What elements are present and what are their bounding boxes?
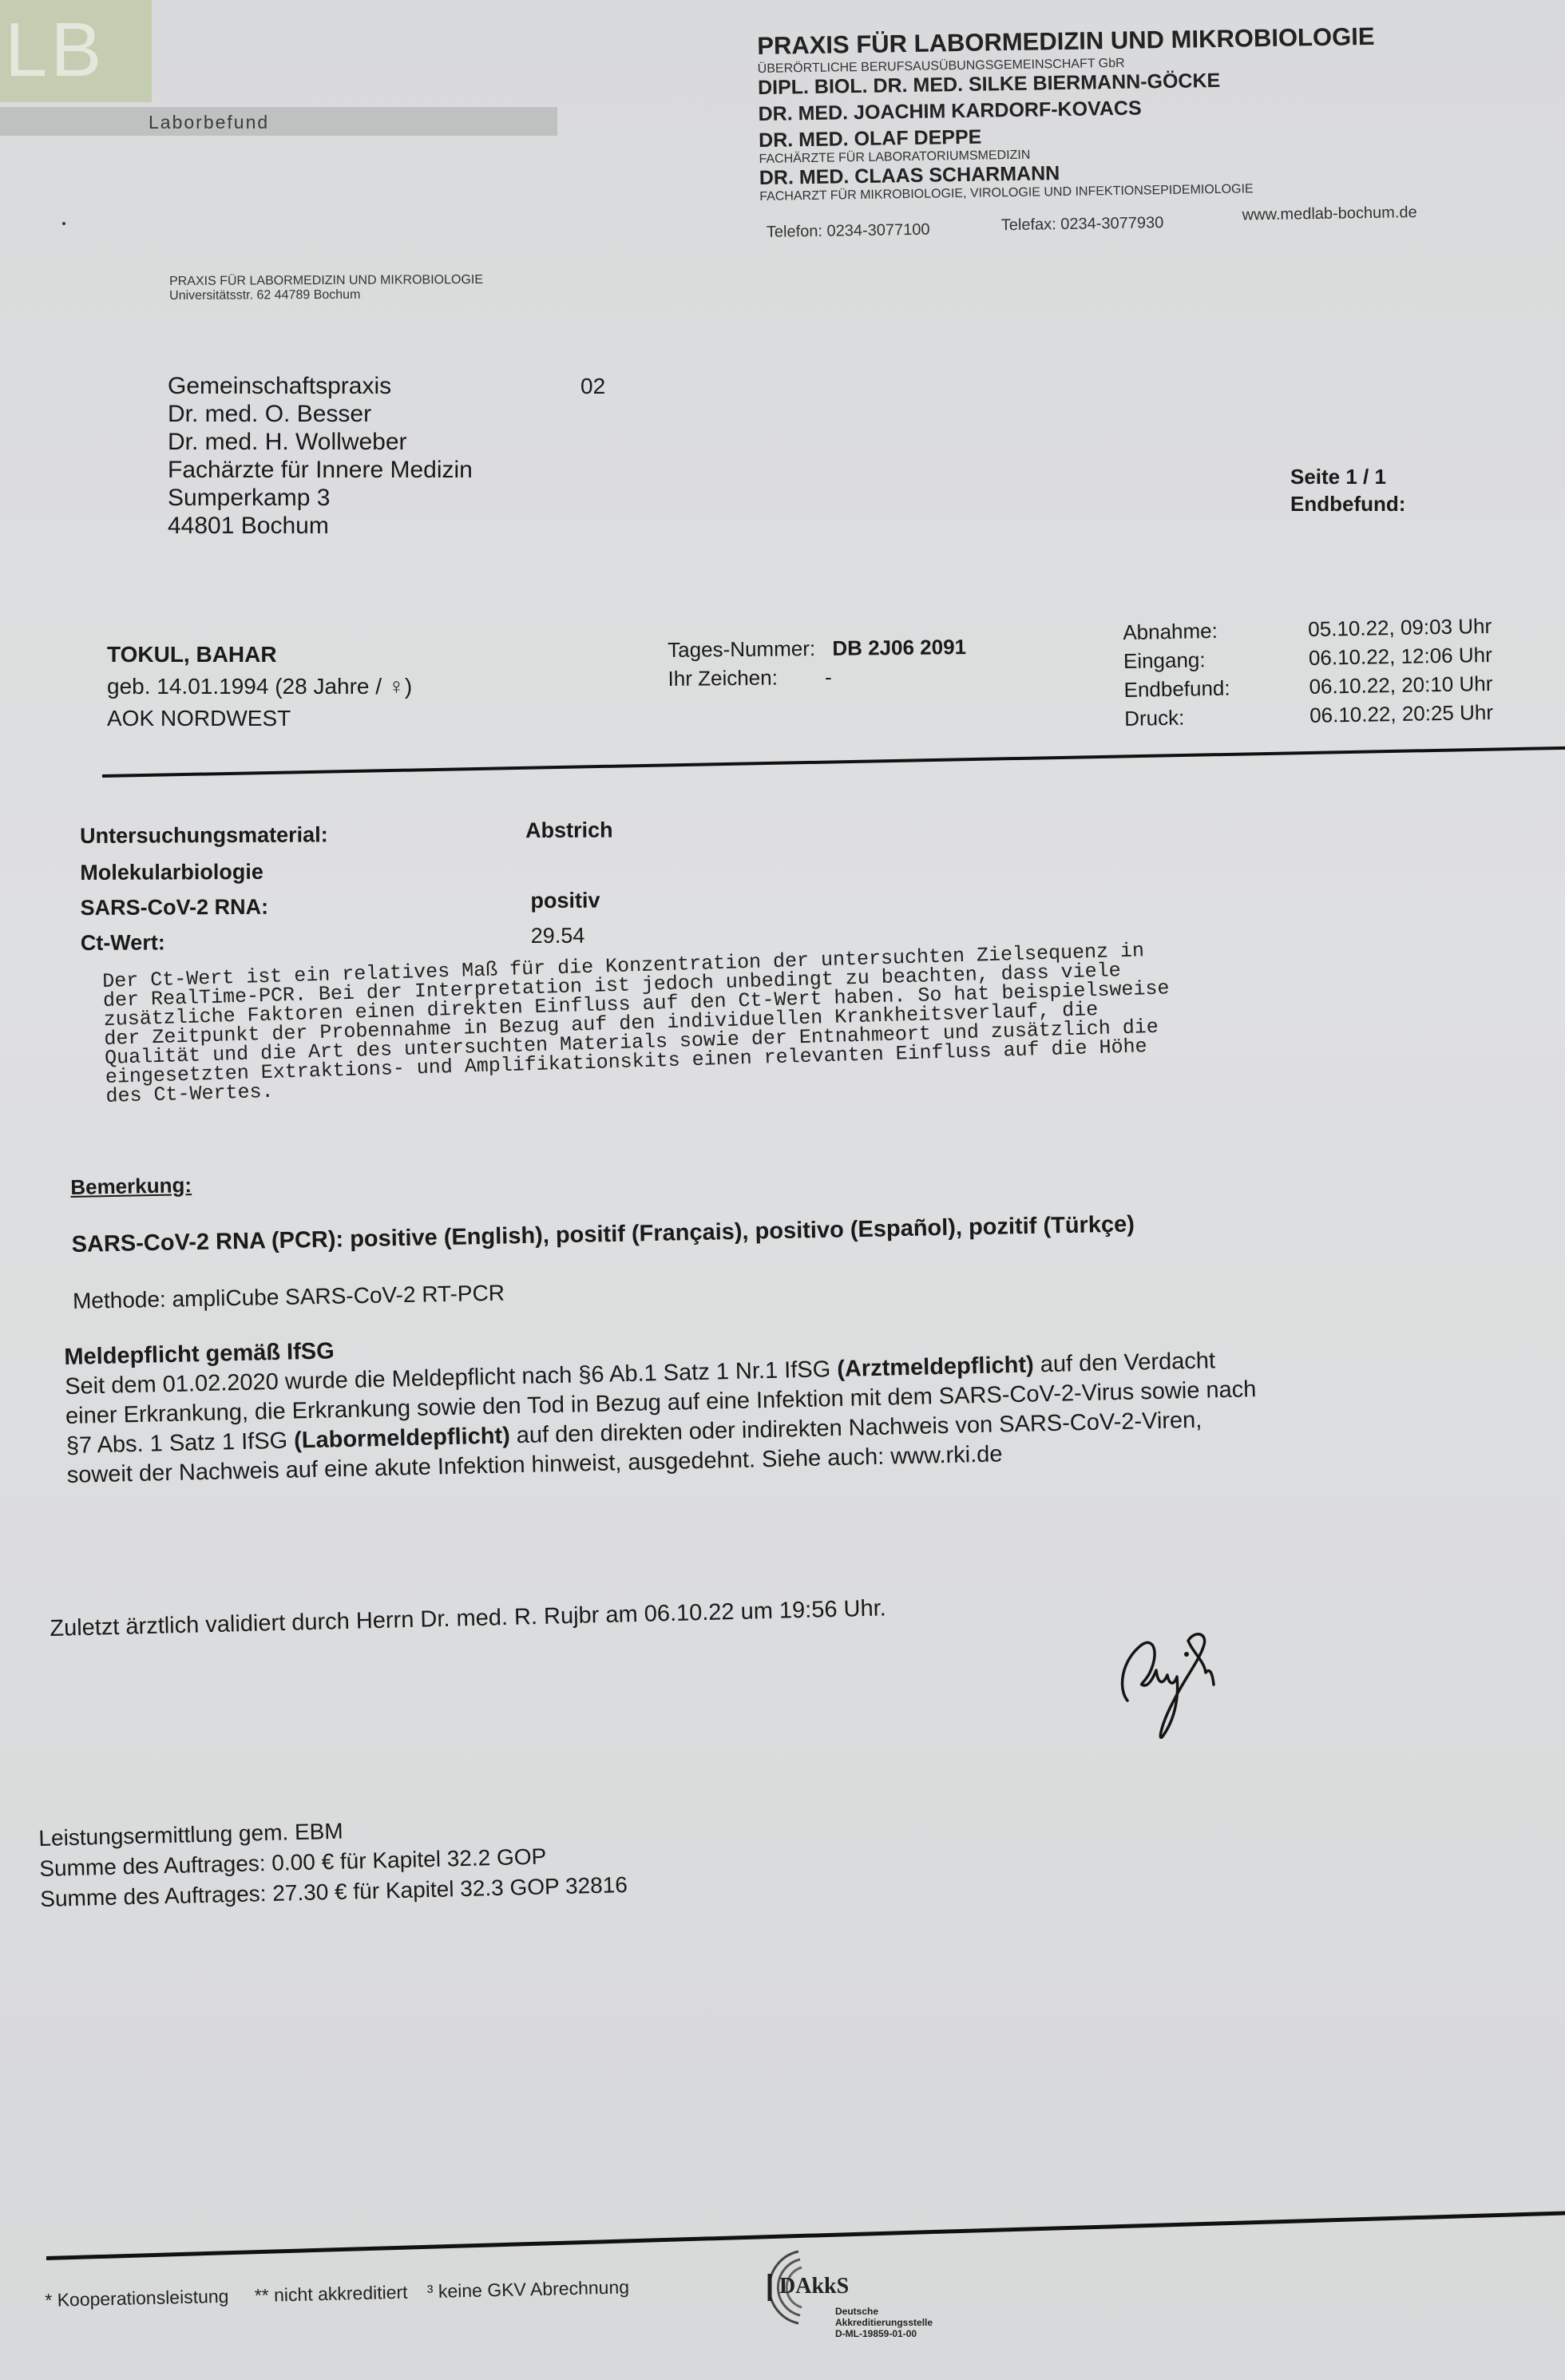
patient-insurance: AOK NORDWEST (107, 703, 412, 735)
reporting-obligation: Meldepflicht gemäß IfSG Seit dem 01.02.2… (64, 1316, 1258, 1491)
dakks-line: Deutsche (835, 2306, 933, 2317)
reference-label: Ihr Zeichen: (668, 666, 778, 691)
sender-block: PRAXIS FÜR LABORMEDIZIN UND MIKROBIOLOGI… (169, 273, 483, 303)
ct-label: Ct-Wert: (81, 930, 165, 956)
reporting-text: auf den Verdacht (1033, 1348, 1215, 1377)
timestamp-value: 06.10.22, 20:25 Uhr (1309, 700, 1493, 727)
website-link[interactable]: www.medlab-bochum.de (1242, 204, 1417, 224)
day-number: DB 2J06 2091 (832, 635, 966, 660)
patient-name: TOKUL, BAHAR (107, 639, 412, 671)
letterhead: PRAXIS FÜR LABORMEDIZIN UND MIKROBIOLOGI… (757, 22, 1377, 244)
document-type-bar (0, 107, 557, 136)
timestamps-block: Abnahme:05.10.22, 09:03 Uhr Eingang:06.1… (1123, 612, 1493, 733)
physician-reporting-term: (Arztmeldepflicht) (837, 1352, 1034, 1382)
stray-mark (62, 222, 65, 225)
remark-heading: Bemerkung: (70, 1154, 1134, 1200)
dakks-logo-text: DAkkS (779, 2274, 849, 2299)
timestamp-label: Abnahme: (1123, 615, 1309, 647)
document-type-label: Laborbefund (149, 112, 269, 133)
reporting-text: §7 Abs. 1 Satz 1 IfSG (66, 1428, 295, 1458)
page-number: Seite 1 / 1 (1290, 463, 1405, 490)
dakks-code: D-ML-19859-01-00 (835, 2328, 933, 2339)
timestamp-label: Endbefund: (1123, 672, 1309, 704)
logo-initials: LB (5, 6, 105, 94)
ct-value: 29.54 (531, 924, 585, 948)
recipient-line: Gemeinschaftspraxis (168, 372, 473, 400)
patient-birthdate: geb. 14.01.1994 (28 Jahre / ♀) (107, 671, 412, 703)
recipient-line: Dr. med. H. Wollweber (168, 428, 473, 456)
day-number-label: Tages-Nummer: (668, 636, 815, 662)
recipient-line: Sumperkamp 3 (168, 484, 473, 512)
report-status: Endbefund: (1290, 490, 1405, 517)
phone-number: Telefon: 0234-3077100 (767, 221, 930, 242)
sender-name: PRAXIS FÜR LABORMEDIZIN UND MIKROBIOLOGI… (169, 273, 483, 289)
recipient-code: 02 (580, 372, 605, 400)
recipient-line: 44801 Bochum (168, 512, 473, 540)
recipient-line: Fachärzte für Innere Medizin (168, 456, 473, 484)
rna-label: SARS-CoV-2 RNA: (80, 895, 268, 921)
remark-block: Bemerkung: SARS-CoV-2 RNA (PCR): positiv… (70, 1154, 1135, 1314)
sender-address: Universitätsstr. 62 44789 Bochum (169, 287, 483, 303)
billing-block: Leistungsermittlung gem. EBM Summe des A… (38, 1809, 628, 1915)
reference-value: - (825, 665, 832, 689)
lab-reporting-term: (Labormeldepflicht) (294, 1423, 510, 1453)
recipient-address: Gemeinschaftspraxis Dr. med. O. Besser D… (168, 372, 473, 540)
timestamp-value: 06.10.22, 12:06 Uhr (1309, 643, 1492, 670)
recipient-line: Dr. med. O. Besser (168, 400, 473, 428)
timestamp-value: 06.10.22, 20:10 Uhr (1309, 671, 1492, 699)
dakks-caption: Deutsche Akkreditierungsstelle D-ML-1985… (835, 2306, 933, 2339)
validation-statement: Zuletzt ärztlich validiert durch Herrn D… (50, 1595, 886, 1642)
dakks-line: Akkreditierungsstelle (835, 2317, 933, 2328)
material-label: Untersuchungsmaterial: (80, 822, 328, 849)
timestamp-value: 05.10.22, 09:03 Uhr (1308, 614, 1492, 641)
patient-block: TOKUL, BAHAR geb. 14.01.1994 (28 Jahre /… (107, 639, 412, 735)
ct-explanation: Der Ct-Wert ist ein relatives Maß für di… (102, 941, 1172, 1107)
signature (1110, 1613, 1230, 1748)
rna-result: positiv (530, 889, 600, 913)
fax-number: Telefax: 0234-3077930 (1001, 214, 1164, 235)
order-block: Tages-Nummer: DB 2J06 2091 Ihr Zeichen: … (668, 632, 967, 693)
test-method: Methode: ampliCube SARS-CoV-2 RT-PCR (73, 1268, 1136, 1314)
results-block: Untersuchungsmaterial: Abstrich Molekula… (80, 824, 81, 963)
header-divider (102, 746, 1565, 778)
legend-cooperation: * Kooperationsleistung (45, 2286, 229, 2311)
remark-translations: SARS-CoV-2 RNA (PCR): positive (English)… (71, 1211, 1135, 1258)
timestamp-label: Druck: (1124, 701, 1310, 733)
material-value: Abstrich (525, 818, 613, 844)
legend-not-accredited: ** nicht akkreditiert (254, 2282, 407, 2306)
timestamp-label: Eingang: (1123, 644, 1309, 675)
legend-no-gkv: ³ keine GKV Abrechnung (427, 2276, 630, 2302)
footer-legend: * Kooperationsleistung ** nicht akkredit… (45, 2276, 629, 2311)
lab-logo: LB (0, 0, 152, 102)
page-info: Seite 1 / 1 Endbefund: (1290, 463, 1405, 517)
section-heading: Molekularbiologie (80, 860, 263, 885)
